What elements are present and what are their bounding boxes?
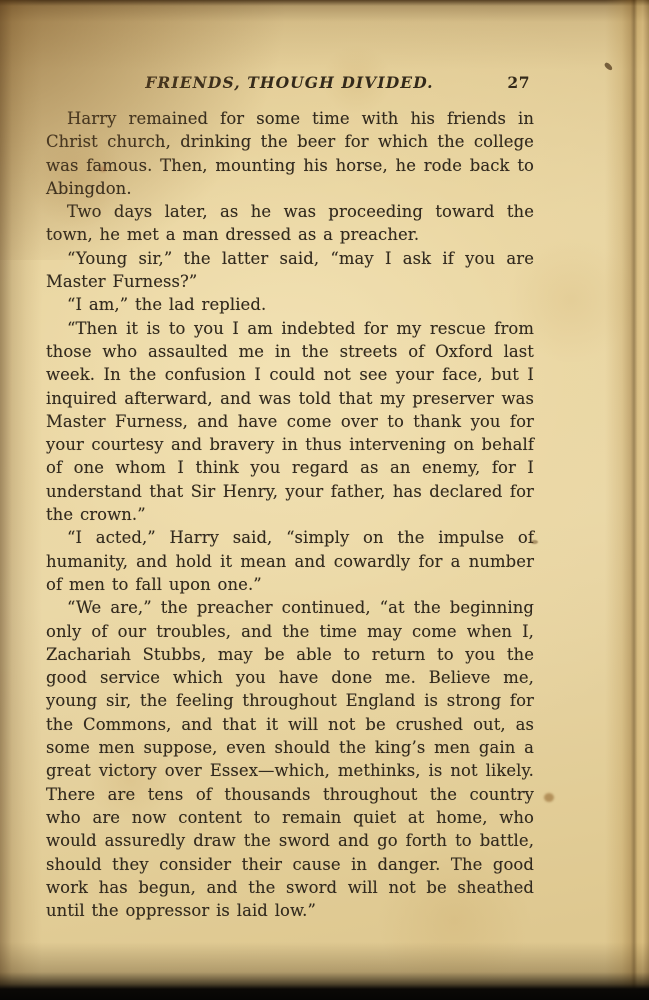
- scan-edge-bottom: [0, 942, 649, 1000]
- page-header: FRIENDS, THOUGH DIVIDED. 27: [46, 73, 533, 97]
- paragraph-1: Harry remained for some time with his fr…: [46, 107, 534, 200]
- scan-speck: [544, 793, 554, 802]
- scan-edge-left: [0, 0, 42, 1000]
- paragraph-2: Two days later, as he was proceeding tow…: [46, 200, 534, 247]
- page-text: Harry remained for some time with his fr…: [46, 107, 534, 922]
- scan-edge-top: [0, 0, 649, 70]
- paragraph-7: “We are,” the preacher continued, “at th…: [46, 596, 534, 922]
- paragraph-3: “Young sir,” the latter said, “may I ask…: [46, 247, 534, 294]
- paragraph-5: “Then it is to you I am indebted for my …: [46, 317, 534, 527]
- book-page-edges: [605, 0, 649, 1000]
- scan-speck: [603, 62, 613, 72]
- running-title: FRIENDS, THOUGH DIVIDED.: [46, 73, 533, 92]
- paragraph-6: “I acted,” Harry said, “simply on the im…: [46, 526, 534, 596]
- book-page-scan: FRIENDS, THOUGH DIVIDED. 27 Harry remain…: [0, 0, 649, 1000]
- page-number: 27: [507, 73, 530, 92]
- paragraph-4: “I am,” the lad replied.: [46, 293, 534, 316]
